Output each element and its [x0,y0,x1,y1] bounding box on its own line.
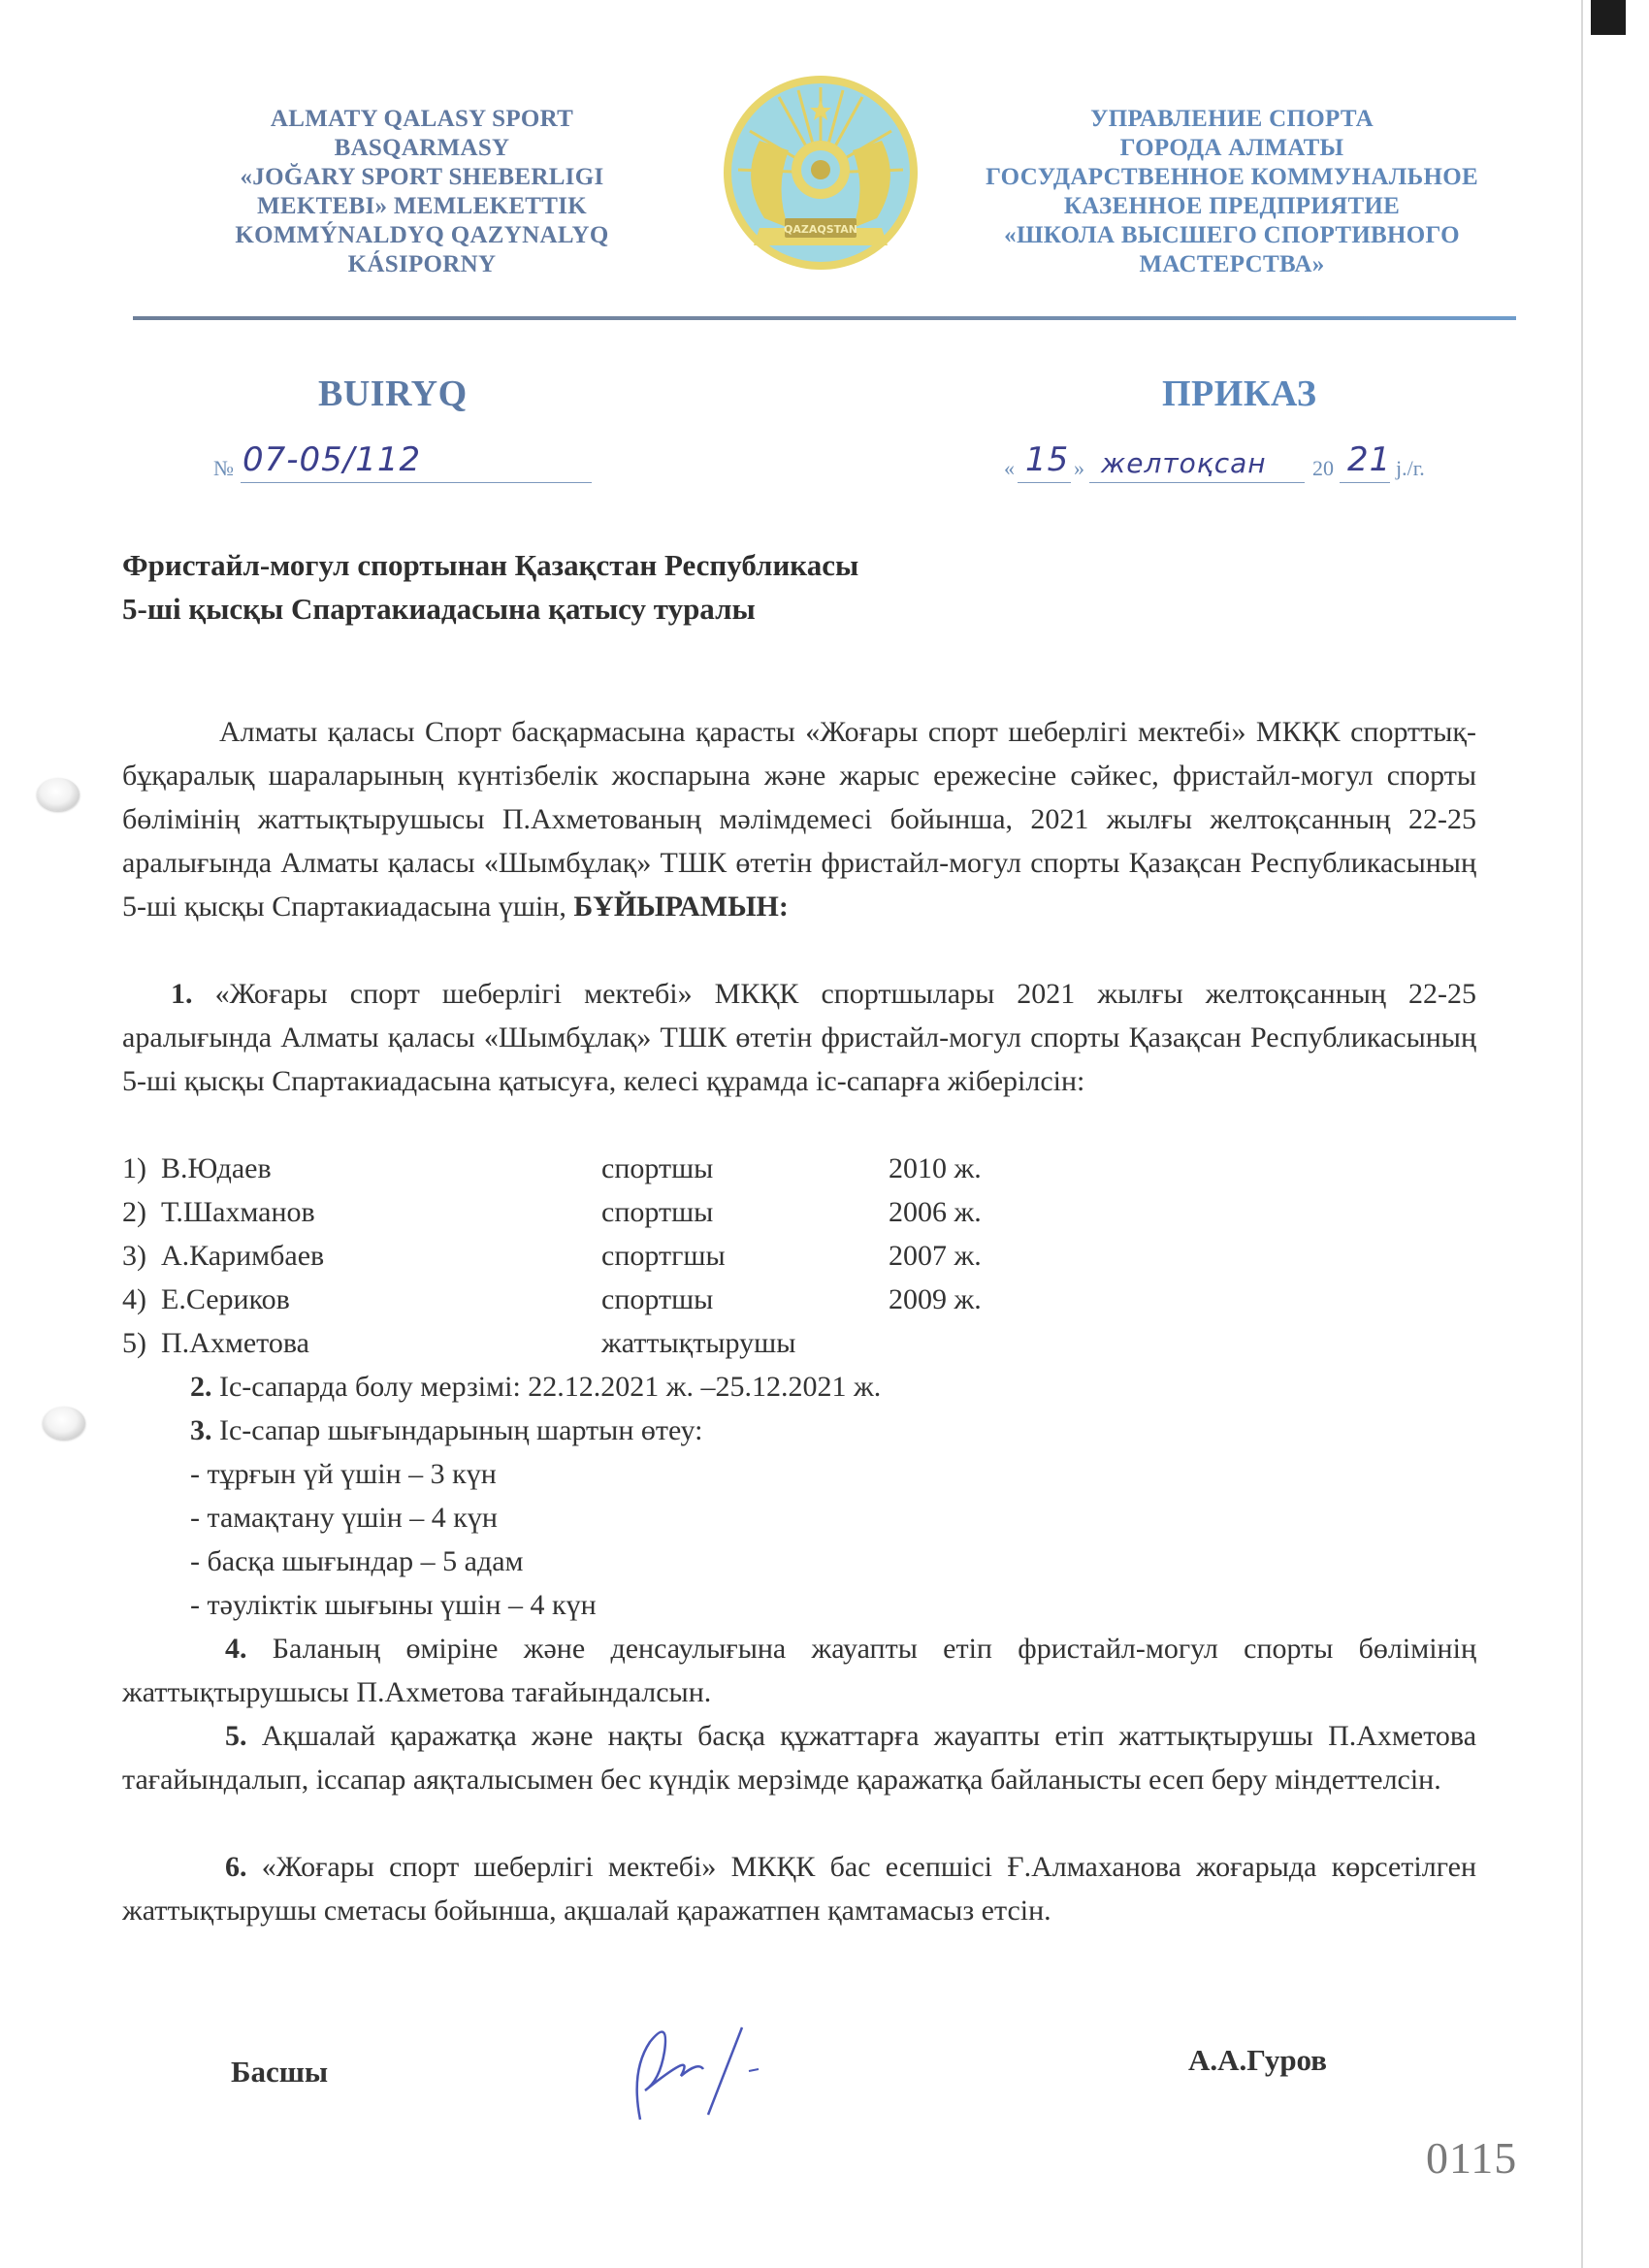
delegation-roster: 1) В.Юдаев спортшы 2010 ж. 2) Т.Шахманов… [122,1147,1083,1365]
signatory-name: А.А.Гуров [1188,2043,1327,2078]
member-birth-year: 2010 ж. [889,1147,1083,1190]
date-close-quote: » [1074,456,1084,481]
title-line-2: 5-ші қысқы Спартакиадасына қатысу туралы [122,587,1286,631]
expense-item: - тәуліктік шығыны үшін – 4 күн [190,1583,597,1627]
order-item-1: 1. «Жоғары спорт шеберлігі мектебі» МКҚК… [122,972,1476,1103]
letterhead-line: УПРАВЛЕНИЕ СПОРТА [941,105,1523,134]
svg-text:QAZAQSTAN: QAZAQSTAN [784,223,857,236]
order-item-3: 3. Іс-сапар шығындарының шартын өтеу: [122,1409,1476,1452]
letterhead-line: ГОСУДАРСТВЕННОЕ КОММУНАЛЬНОЕ [941,163,1523,192]
order-item-5: 5. Ақшалай қаражатқа және нақты басқа құ… [122,1714,1476,1801]
letterhead-line: KÁSIPORNY [184,250,660,279]
member-role: спортшы [601,1190,889,1234]
member-role: спортшы [601,1278,889,1321]
roster-row: 5) П.Ахметова жаттықтырушы [122,1321,1083,1365]
date-year-handwritten: 21 [1347,440,1391,479]
item-number: 3. [190,1414,212,1446]
order-word: БҰЙЫРАМЫН: [573,891,789,923]
page-number: 0115 [1426,2132,1517,2184]
order-number-handwritten: 07-05/112 [242,440,421,479]
year-underline [1340,482,1390,483]
number-underline [241,482,592,483]
member-role: жаттықтырушы [601,1321,889,1365]
item-number: 6. [225,1851,247,1883]
doc-type-russian: ПРИКАЗ [1162,373,1316,415]
member-birth-year: 2007 ж. [889,1234,1083,1278]
order-item-2: 2. Іс-сапарда болу мерзімі: 22.12.2021 ж… [122,1365,1476,1409]
letterhead-line: МАСТЕРСТВА» [941,250,1523,279]
member-name: А.Каримбаев [161,1234,601,1278]
expense-item: - тамақтану үшін – 4 күн [190,1496,597,1539]
date-month-handwritten: желтоқсан [1101,447,1267,479]
letterhead-line: «JOĞARY SPORT SHEBERLIGI [184,163,660,192]
intro-text: Алматы қаласы Спорт басқармасына қарасты… [122,716,1476,923]
day-underline [1018,482,1071,483]
item-text: Іс-сапар шығындарының шартын өтеу: [219,1414,703,1446]
item-number: 5. [225,1720,247,1752]
member-name: В.Юдаев [161,1147,601,1190]
title-line-1: Фристайл-могул спортынан Қазақстан Респу… [122,543,1286,587]
letterhead-kazakh: ALMATY QALASY SPORT BASQARMASY «JOĞARY S… [184,105,660,279]
date-open-quote: « [1004,456,1015,481]
member-name: Е.Сериков [161,1278,601,1321]
intro-paragraph: Алматы қаласы Спорт басқармасына қарасты… [122,710,1476,928]
item-text: Ақшалай қаражатқа және нақты басқа құжат… [122,1720,1476,1796]
item-number: 1. [171,978,193,1010]
order-number-field: № 07-05/112 [213,446,592,485]
roster-row: 4) Е.Сериков спортшы 2009 ж. [122,1278,1083,1321]
signatory-position: Басшы [231,2055,328,2090]
scan-edge [1581,0,1583,2268]
month-underline [1089,482,1305,483]
member-birth-year: 2009 ж. [889,1278,1083,1321]
order-item-4: 4. Баланың өміріне және денсаулығына жау… [122,1627,1476,1714]
expense-list: - тұрғын үй үшін – 3 күн - тамақтану үші… [190,1452,597,1627]
document-title: Фристайл-могул спортынан Қазақстан Респу… [122,543,1286,631]
letterhead-line: KOMMÝNALDYQ QAZYNALYQ [184,221,660,250]
expense-item: - тұрғын үй үшін – 3 күн [190,1452,597,1496]
date-day-handwritten: 15 [1025,440,1069,479]
member-role: спортгшы [601,1234,889,1278]
order-item-6: 6. «Жоғары спорт шеберлігі мектебі» МКҚК… [122,1845,1476,1932]
member-name: Т.Шахманов [161,1190,601,1234]
letterhead-line: ALMATY QALASY SPORT [184,105,660,134]
item-number: 2. [190,1371,212,1403]
punch-hole-top [37,778,80,811]
scan-corner-artifact [1591,0,1626,35]
number-sign: № [213,456,234,481]
handwritten-signature-icon [611,2013,805,2129]
item-text: «Жоғары спорт шеберлігі мектебі» МКҚК сп… [122,978,1476,1097]
letterhead-line: КАЗЕННОЕ ПРЕДПРИЯТИЕ [941,192,1523,221]
letterhead-line: «ШКОЛА ВЫСШЕГО СПОРТИВНОГО [941,221,1523,250]
member-birth-year: 2006 ж. [889,1190,1083,1234]
order-date-field: « 15 » желтоқсан 20 21 j./г. [1004,446,1450,485]
punch-hole-bottom [43,1407,85,1440]
letterhead-divider [133,316,1516,320]
expense-item: - басқа шығындар – 5 адам [190,1539,597,1583]
state-emblem-icon: QAZAQSTAN [721,73,921,273]
item-text: Баланың өміріне және денсаулығына жауапт… [122,1633,1476,1708]
letterhead-line: BASQARMASY [184,134,660,163]
member-name: П.Ахметова [161,1321,601,1365]
letterhead-line: MEKTEBI» MEMLEKETTIK [184,192,660,221]
year-suffix: j./г. [1396,456,1425,481]
item-text: «Жоғары спорт шеберлігі мектебі» МКҚК ба… [122,1851,1476,1927]
item-text: Іс-сапарда болу мерзімі: 22.12.2021 ж. –… [219,1371,881,1403]
letterhead-russian: УПРАВЛЕНИЕ СПОРТА ГОРОДА АЛМАТЫ ГОСУДАРС… [941,105,1523,279]
year-prefix: 20 [1312,456,1334,481]
doc-type-kazakh: BUIRYQ [318,373,468,415]
letterhead-line: ГОРОДА АЛМАТЫ [941,134,1523,163]
member-role: спортшы [601,1147,889,1190]
member-birth-year [889,1321,1083,1365]
roster-row: 2) Т.Шахманов спортшы 2006 ж. [122,1190,1083,1234]
item-number: 4. [225,1633,247,1665]
roster-row: 3) А.Каримбаев спортгшы 2007 ж. [122,1234,1083,1278]
roster-row: 1) В.Юдаев спортшы 2010 ж. [122,1147,1083,1190]
